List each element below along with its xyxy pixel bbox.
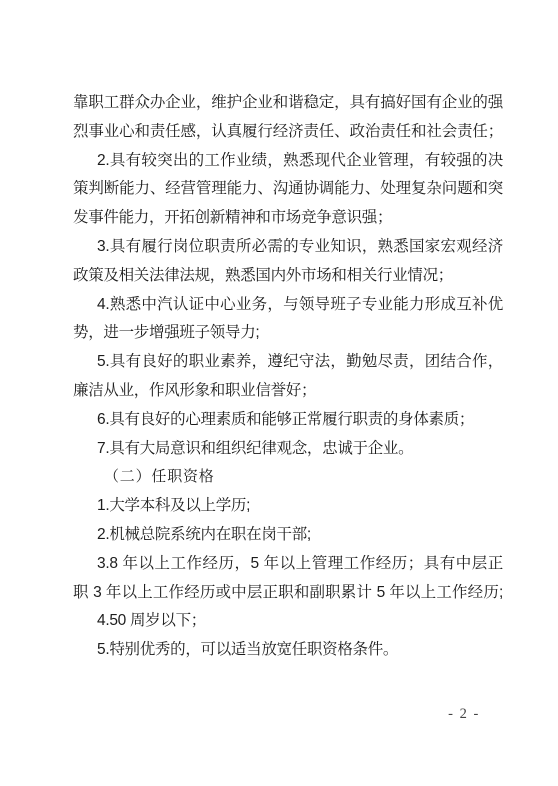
text-line: 发事件能力，开拓创新精神和市场竞争意识强；	[73, 204, 503, 233]
text-line: 3.具有履行岗位职责所必需的专业知识，熟悉国家宏观经济	[73, 233, 503, 262]
text-line: 廉洁从业，作风形象和职业信誉好；	[73, 377, 503, 406]
text-line: 3.8 年以上工作经历，5 年以上管理工作经历；具有中层正	[73, 550, 503, 579]
text-line: 1.大学本科及以上学历;	[73, 492, 503, 521]
text-line: 6.具有良好的心理素质和能够正常履行职责的身体素质；	[73, 406, 503, 435]
text-line: 靠职工群众办企业，维护企业和谐稳定，具有搞好国有企业的强	[73, 89, 503, 118]
text-line: 4.熟悉中汽认证中心业务，与领导班子专业能力形成互补优	[73, 291, 503, 320]
text-line: 政策及相关法律法规，熟悉国内外市场和相关行业情况；	[73, 262, 503, 291]
text-line: 7.具有大局意识和组织纪律观念，忠诚于企业。	[73, 435, 503, 464]
text-line: 5.具有良好的职业素养，遵纪守法，勤勉尽责，团结合作，	[73, 348, 503, 377]
page-number: - 2 -	[438, 706, 490, 723]
text-line: 4.50 周岁以下；	[73, 607, 503, 636]
text-line: 5.特别优秀的，可以适当放宽任职资格条件。	[73, 636, 503, 665]
section-heading: （二）任职资格	[73, 463, 503, 492]
text-line: 烈事业心和责任感，认真履行经济责任、政治责任和社会责任；	[73, 118, 503, 147]
document-page: 靠职工群众办企业，维护企业和谐稳定，具有搞好国有企业的强 烈事业心和责任感，认真…	[0, 0, 558, 786]
text-line: 策判断能力、经营管理能力、沟通协调能力、处理复杂问题和突	[73, 175, 503, 204]
text-line: 2.机械总院系统内在职在岗干部;	[73, 521, 503, 550]
text-line: 2.具有较突出的工作业绩，熟悉现代企业管理，有较强的决	[73, 147, 503, 176]
document-body: 靠职工群众办企业，维护企业和谐稳定，具有搞好国有企业的强 烈事业心和责任感，认真…	[73, 89, 503, 665]
text-line: 势，进一步增强班子领导力;	[73, 319, 503, 348]
text-line: 职 3 年以上工作经历或中层正职和副职累计 5 年以上工作经历;	[73, 579, 503, 608]
